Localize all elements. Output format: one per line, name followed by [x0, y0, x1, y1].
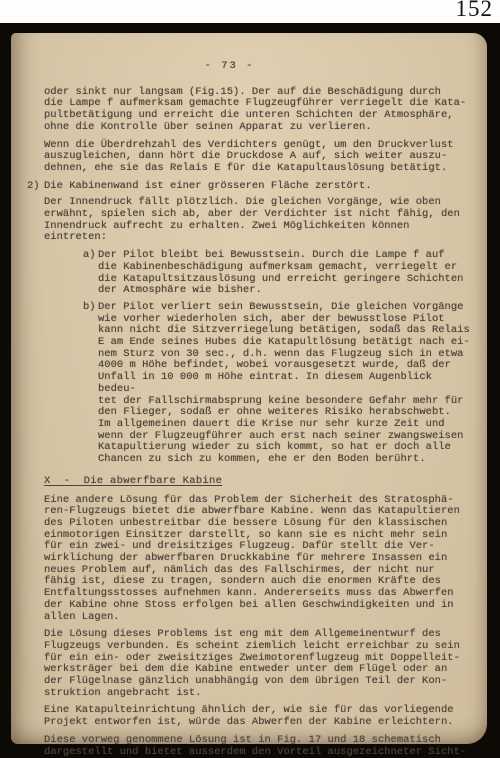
- sub-item-b-label: b): [83, 302, 98, 466]
- numbered-item-2-title: Die Kabinenwand ist einer grösseren Fläc…: [44, 181, 372, 193]
- paragraph-5: Eine Katapulteinrichtung ähnlich der, wi…: [44, 705, 471, 728]
- page-content: - 73 - oder sinkt nur langsam (Fig.15). …: [44, 61, 471, 758]
- numbered-item-2-label: 2): [27, 181, 44, 193]
- scanned-document-view: 152 - 73 - oder sinkt nur langsam (Fig.1…: [0, 0, 500, 758]
- paragraph-6: Diese vorweg genommene Lösung ist in Fig…: [44, 735, 471, 758]
- numbered-item-2: 2) Die Kabinenwand ist einer grösseren F…: [27, 181, 471, 193]
- document-page: - 73 - oder sinkt nur langsam (Fig.15). …: [11, 33, 487, 744]
- paragraph-2: Wenn die Überdrehzahl des Verdichters ge…: [44, 140, 471, 175]
- sub-item-a-label: a): [83, 250, 98, 297]
- paragraph-1: oder sinkt nur langsam (Fig.15). Der auf…: [44, 87, 471, 134]
- scan-top-margin: 152: [0, 0, 500, 23]
- sub-item-b: b) Der Pilot verliert sein Bewusstsein, …: [83, 302, 471, 466]
- corner-page-number: 152: [456, 0, 494, 22]
- sub-item-b-text: Der Pilot verliert sein Bewusstsein, Die…: [98, 302, 471, 466]
- paragraph-3: Eine andere Lösung für das Problem der S…: [44, 495, 471, 624]
- sub-item-a: a) Der Pilot bleibt bei Bewusstsein. Dur…: [83, 250, 471, 297]
- page-number: - 73 -: [16, 61, 443, 73]
- sub-item-a-text: Der Pilot bleibt bei Bewusstsein. Durch …: [98, 250, 463, 297]
- numbered-item-2-body: Der Innendruck fällt plötzlich. Die glei…: [44, 197, 471, 244]
- paragraph-4: Die Lösung dieses Problems ist eng mit d…: [44, 629, 471, 699]
- section-heading: X - Die abwerfbare Kabine: [44, 476, 471, 488]
